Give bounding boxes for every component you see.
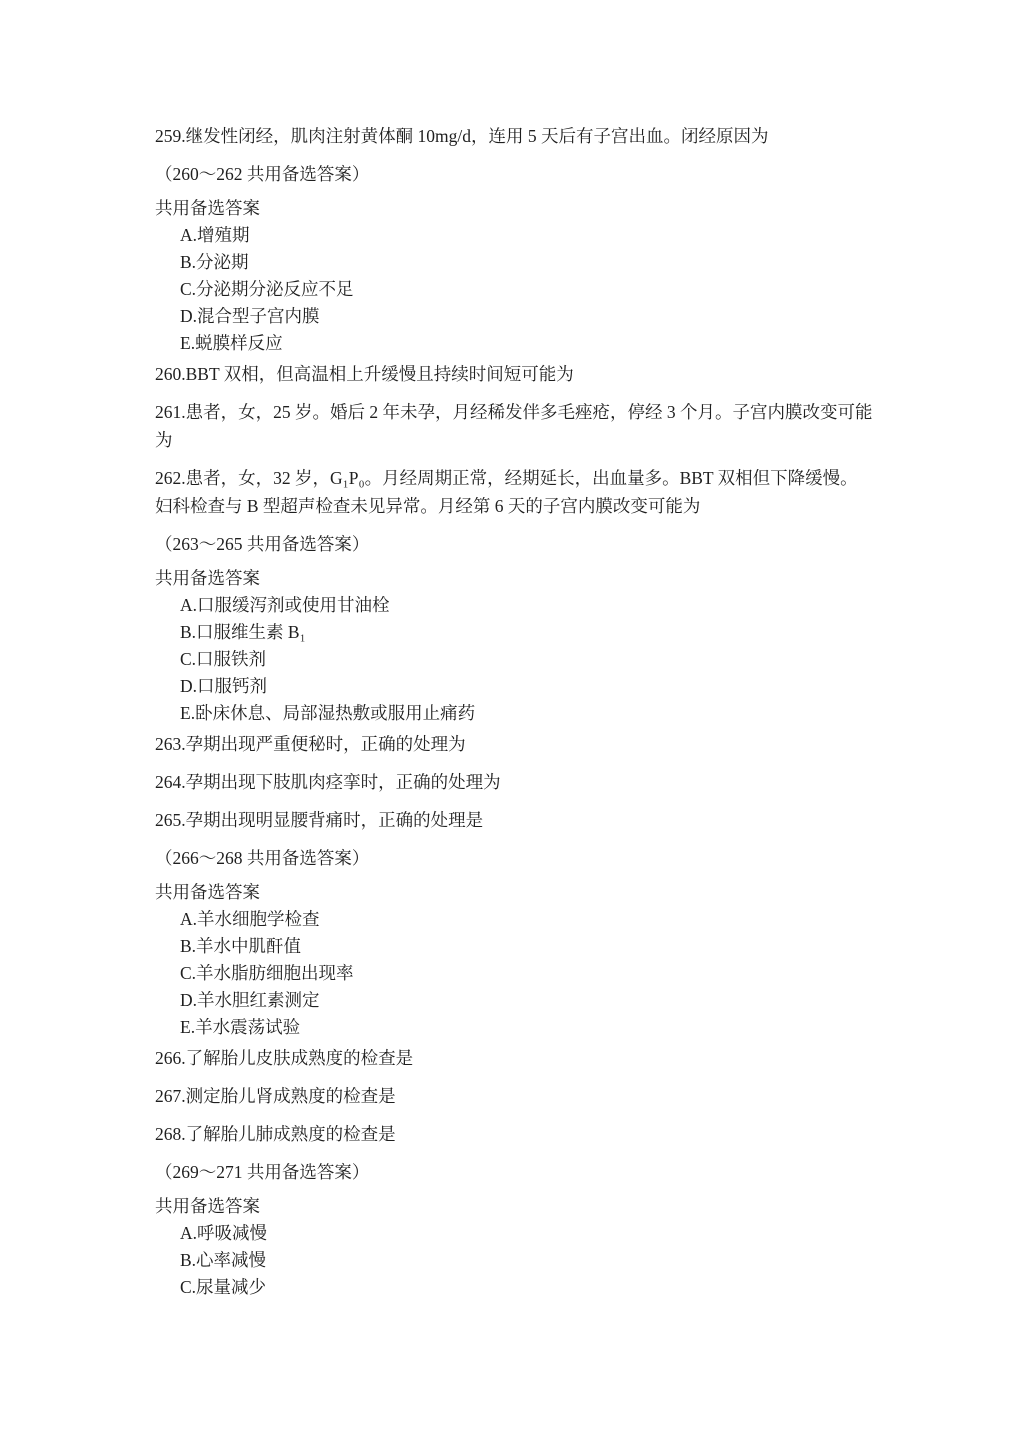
question-262: 262.患者，女，32 岁，G₁P₀。月经周期正常，经期延长，出血量多。BBT … [155,464,873,520]
option-b: B.口服维生素 B₁ [180,619,873,646]
shared-answers-label-1: 共用备选答案 [155,194,873,222]
option-a: A.呼吸减慢 [180,1220,873,1247]
option-a: A.增殖期 [180,222,873,249]
exam-document-page: 259.继发性闭经，肌肉注射黄体酮 10mg/d，连用 5 天后有子宫出血。闭经… [0,0,1023,1447]
option-d: D.混合型子宫内膜 [180,303,873,330]
option-c: C.口服铁剂 [180,646,873,673]
shared-options-list-2: A.口服缓泻剂或使用甘油栓 B.口服维生素 B₁ C.口服铁剂 D.口服钙剂 E… [155,592,873,727]
question-268: 268.了解胎儿肺成熟度的检查是 [155,1120,873,1148]
question-263: 263.孕期出现严重便秘时，正确的处理为 [155,730,873,758]
option-d: D.口服钙剂 [180,673,873,700]
group-header-266-268: （266～268 共用备选答案） [155,844,873,872]
option-d: D.羊水胆红素测定 [180,987,873,1014]
group-header-269-271: （269～271 共用备选答案） [155,1158,873,1186]
option-e: E.羊水震荡试验 [180,1014,873,1041]
option-b: B.分泌期 [180,249,873,276]
question-265: 265.孕期出现明显腰背痛时，正确的处理是 [155,806,873,834]
option-b: B.心率减慢 [180,1247,873,1274]
group-header-260-262: （260～262 共用备选答案） [155,160,873,188]
question-264: 264.孕期出现下肢肌肉痉挛时，正确的处理为 [155,768,873,796]
question-260: 260.BBT 双相，但高温相上升缓慢且持续时间短可能为 [155,360,873,388]
shared-answers-label-2: 共用备选答案 [155,564,873,592]
option-e: E.卧床休息、局部湿热敷或服用止痛药 [180,700,873,727]
question-266: 266.了解胎儿皮肤成熟度的检查是 [155,1044,873,1072]
shared-answers-label-3: 共用备选答案 [155,878,873,906]
shared-options-list-4: A.呼吸减慢 B.心率减慢 C.尿量减少 [155,1220,873,1301]
question-259: 259.继发性闭经，肌肉注射黄体酮 10mg/d，连用 5 天后有子宫出血。闭经… [155,122,873,150]
option-b: B.羊水中肌酐值 [180,933,873,960]
option-c: C.尿量减少 [180,1274,873,1301]
group-header-263-265: （263～265 共用备选答案） [155,530,873,558]
option-a: A.口服缓泻剂或使用甘油栓 [180,592,873,619]
question-267: 267.测定胎儿肾成熟度的检查是 [155,1082,873,1110]
option-e: E.蜕膜样反应 [180,330,873,357]
shared-answers-label-4: 共用备选答案 [155,1192,873,1220]
option-c: C.分泌期分泌反应不足 [180,276,873,303]
shared-options-list-1: A.增殖期 B.分泌期 C.分泌期分泌反应不足 D.混合型子宫内膜 E.蜕膜样反… [155,222,873,357]
option-c: C.羊水脂肪细胞出现率 [180,960,873,987]
question-261: 261.患者，女，25 岁。婚后 2 年未孕，月经稀发伴多毛痤疮，停经 3 个月… [155,398,873,454]
shared-options-list-3: A.羊水细胞学检查 B.羊水中肌酐值 C.羊水脂肪细胞出现率 D.羊水胆红素测定… [155,906,873,1041]
option-a: A.羊水细胞学检查 [180,906,873,933]
